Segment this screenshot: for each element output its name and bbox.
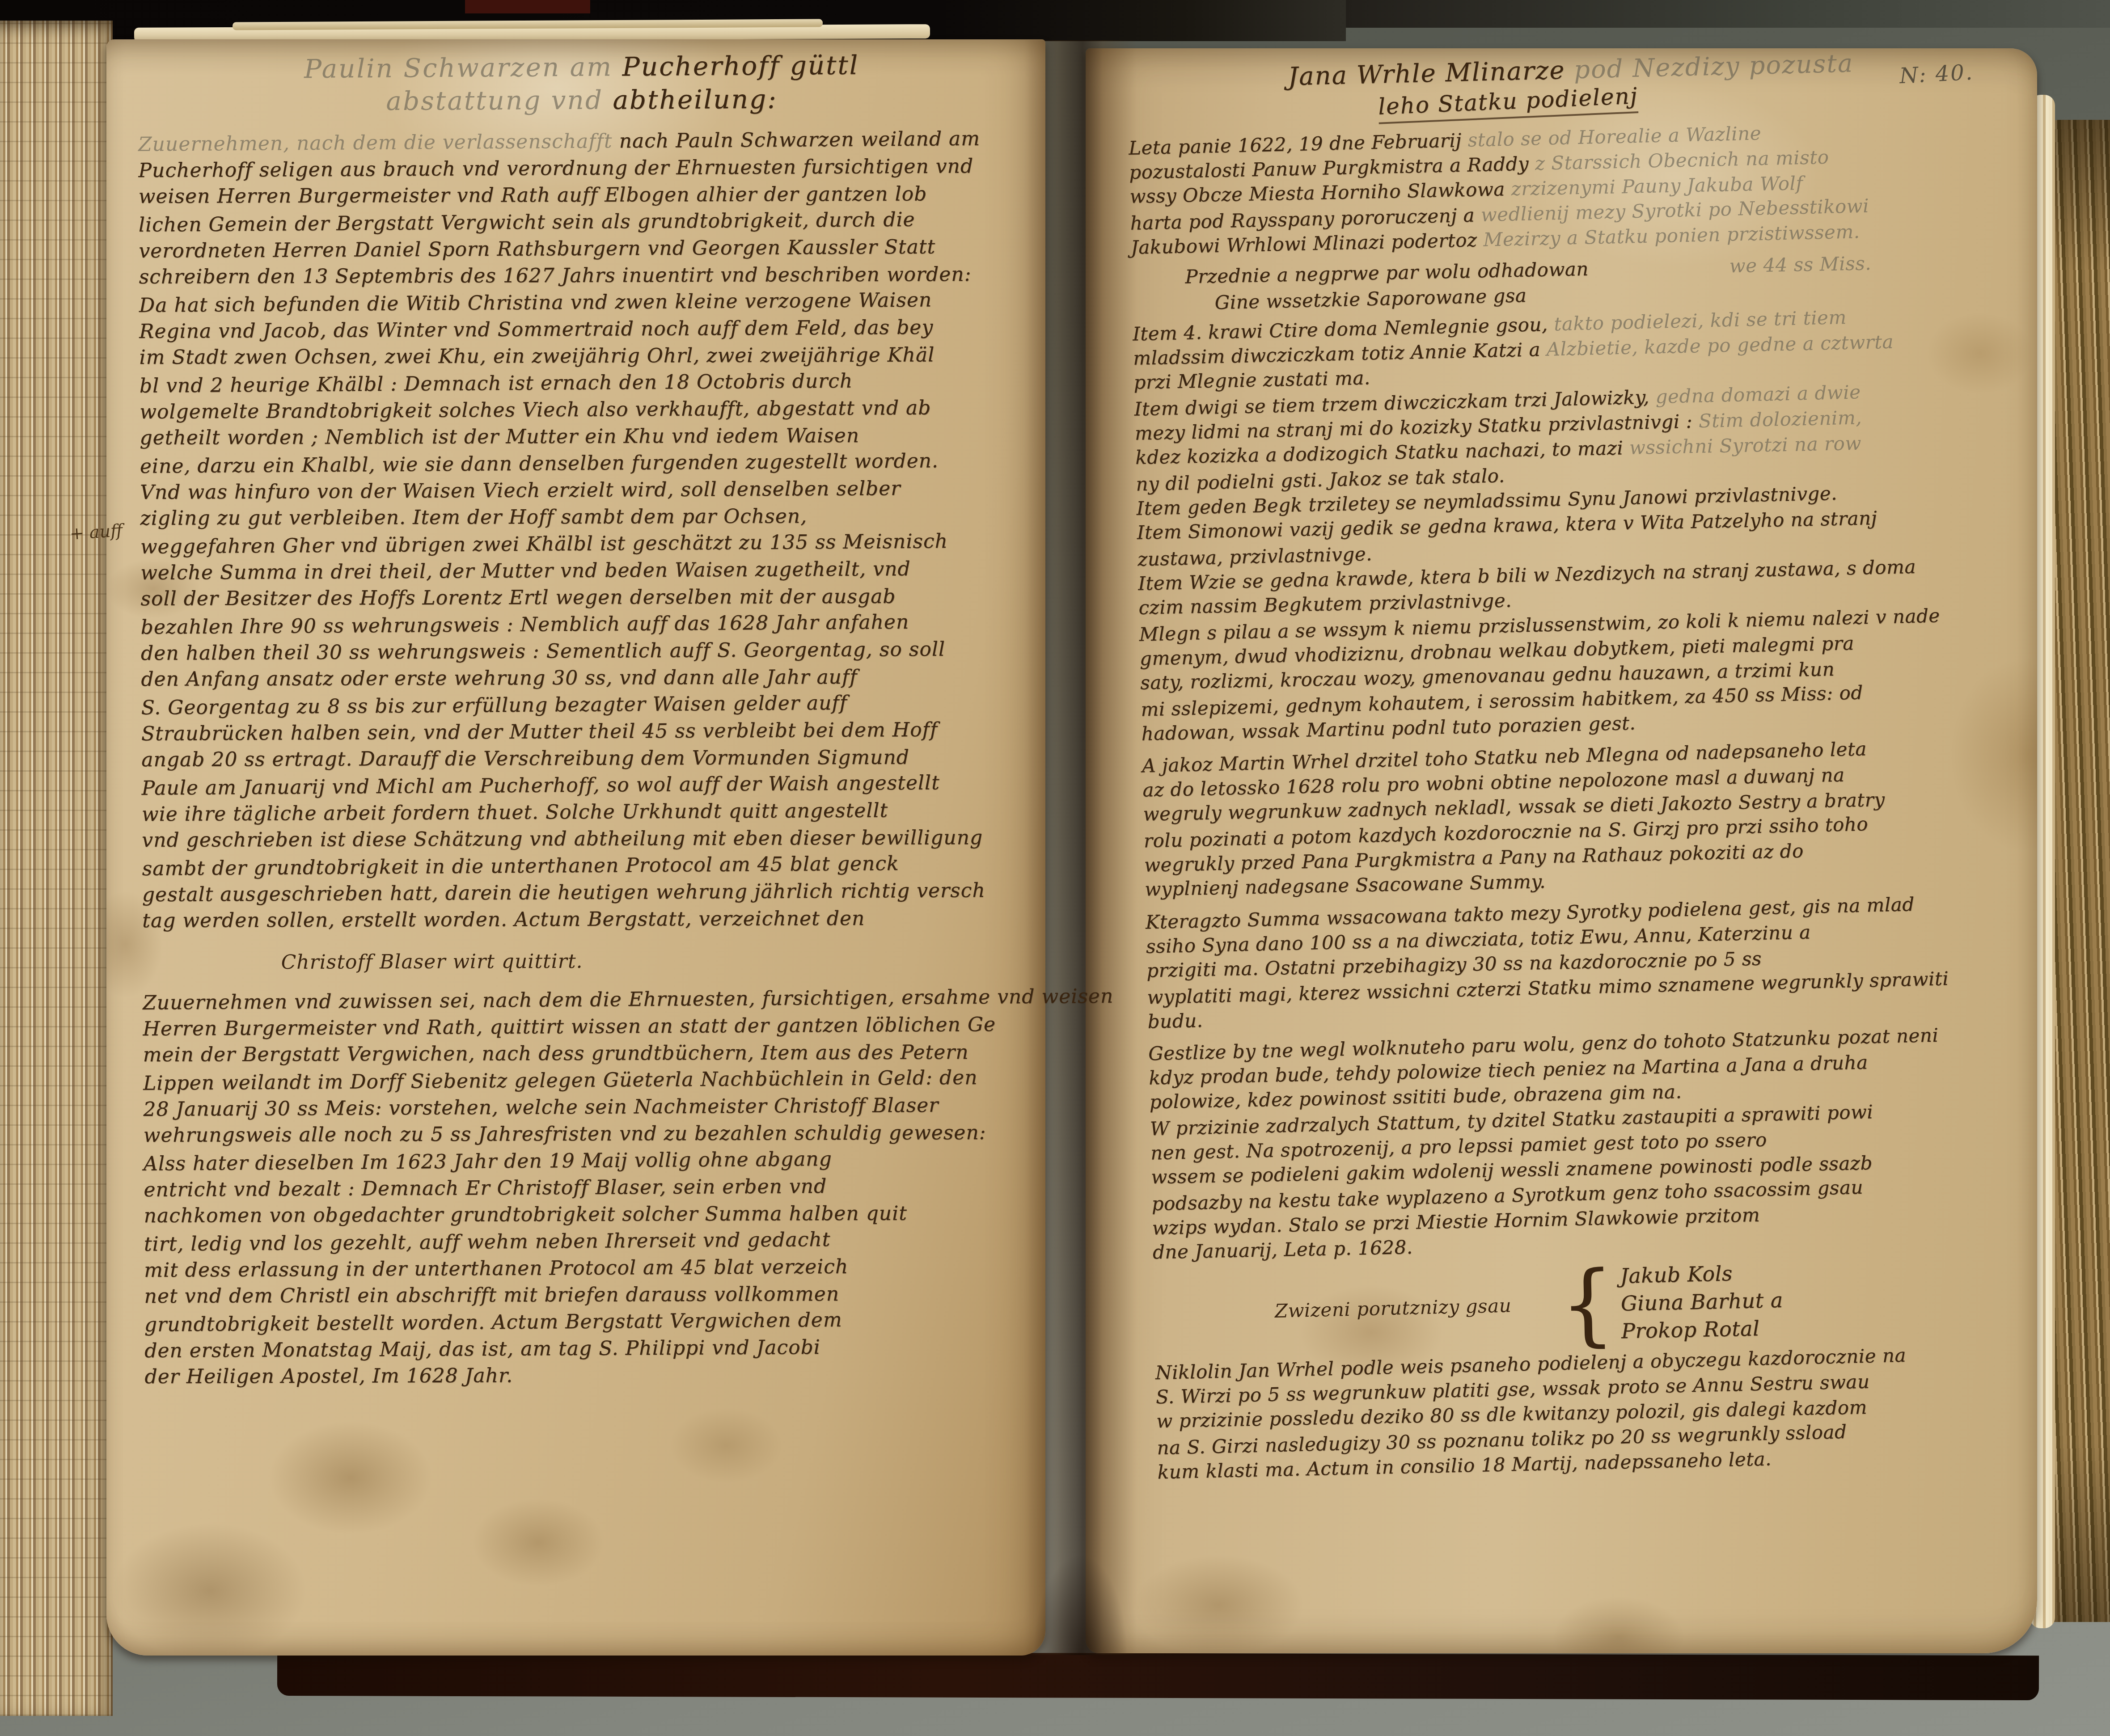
right-page-text: Jana Wrhle Mlinarze pod Nezdizy pozustal… [1127,46,2045,1491]
manuscript-line: den Anfang ansatz oder erste wehrung 30 … [141,663,1028,693]
book-cover-bottom-edge [277,1651,2039,1700]
manuscript-line: welche Summa in drei theil, der Mutter v… [140,555,1028,587]
manuscript-line: nachkomen von obgedachter grundtobrigkei… [144,1200,1032,1229]
manuscript-line: verordneten Herren Daniel Sporn Rathsbur… [139,233,1026,265]
manuscript-line: Herren Burgermeister vnd Rath, quittirt … [143,1011,1030,1043]
manuscript-line: gestalt ausgeschrieben hatt, darein die … [142,877,1030,908]
right-page-items: Item 4. krawi Ctire doma Nemlegnie gsou,… [1132,302,2029,747]
right-page-final-paragraph: Niklolin Jan Wrhel podle weis psaneho po… [1155,1340,2045,1485]
manuscript-line: den halben theil 30 ss wehrungsweis : Se… [141,636,1028,667]
manuscript-line: Regina vnd Jacob, das Winter vnd Sommert… [139,314,1027,345]
manuscript-line: tag werden sollen, erstellt worden. Actu… [142,905,1030,934]
executors-label: Zwizeni porutznizy gsau [1274,1293,1512,1323]
manuscript-line: entricht vnd bezalt : Demnach Er Christo… [144,1172,1031,1204]
left-page-paragraph-2: Zuuernehmen vnd zuwissen sei, nach dem d… [143,984,1032,1391]
right-page-martin-paragraph: A jakoz Martin Wrhel drzitel toho Statku… [1142,733,2033,903]
manuscript-line: soll der Besitzer des Hoffs Lorentz Ertl… [140,583,1028,612]
manuscript-line: abstattung vnd abtheilung: [138,81,1025,119]
manuscript-line: Paulin Schwarzen am Pucherhoff güttl [138,47,1025,87]
manuscript-line: Prokop Rotal [1621,1314,1784,1345]
manuscript-line: wehrungsweis alle noch zu 5 ss Jahresfri… [144,1119,1031,1149]
manuscript-line: den ersten Monatstag Maij, das ist, am t… [144,1333,1032,1364]
manuscript-line: weisen Herren Burgermeister vnd Rath auf… [139,181,1026,210]
manuscript-line: Straubrücken halben sein, vnd der Mutter… [141,716,1029,748]
book-cover-top-edge-right [1346,0,2110,28]
page-number: N: 40. [1899,60,1975,89]
manuscript-line: vnd geschrieben ist diese Schätzung vnd … [142,824,1029,854]
manuscript-line: der Heiligen Apostel, Im 1628 Jahr. [144,1361,1032,1390]
right-page-intro: Leta panie 1622, 19 dne Februarij stalo … [1128,116,2018,260]
manuscript-line: Jakub Kols [1620,1258,1783,1290]
right-page-summa-paragraph: Kteragzto Summa wssacowana takto mezy Sy… [1145,890,2035,1034]
left-page-subheading: Christoff Blaser wirt quittirt. [143,947,1030,976]
manuscript-line: getheilt worden ; Nemblich ist der Mutte… [140,422,1027,452]
manuscript-line: net vnd dem Christl ein abschrifft mit b… [144,1280,1032,1310]
valuation-amount: we 44 ss Miss. [1729,251,1871,279]
left-page-heading: Paulin Schwarzen am Pucherhoff güttlabst… [138,48,1026,119]
manuscript-line: wolgemelte Brandtobrigkeit solches Viech… [140,394,1027,426]
executors-block: Zwizeni porutznizy gsau { Jakub KolsGiun… [1153,1253,2042,1355]
manuscript-line: zigling zu gut verbleiben. Item der Hoff… [140,503,1028,532]
manuscript-line: angab 20 ss ertragt. Darauff die Verschr… [141,744,1029,773]
left-page-text: Paulin Schwarzen am Pucherhoff güttlabst… [138,48,1032,1398]
margin-note: + auff [69,520,123,544]
manuscript-line: wie ihre tägliche arbeit fordern thuet. … [142,797,1029,828]
executors-names: Jakub KolsGiuna Barhut aProkop Rotal [1620,1259,1784,1345]
left-page-paragraph-1: Zuuernehmen, nach dem die verlassenschaf… [138,126,1030,935]
manuscript-line: mit dess erlassung in der unterthanen Pr… [144,1253,1032,1284]
manuscript-line: schreibern den 13 Septembris des 1627 Ja… [139,261,1027,291]
bracket-glyph: { [1560,1264,1615,1345]
manuscript-line: 28 Januarij 30 ss Meis: vorstehen, welch… [143,1092,1031,1123]
book-spine-patch [465,0,590,13]
manuscript-line: Pucherhoff seligen aus brauch vnd verord… [138,153,1026,184]
manuscript-photo: Paulin Schwarzen am Pucherhoff güttlabst… [0,0,2110,1736]
manuscript-line: im Stadt zwen Ochsen, zwei Khu, ein zwei… [139,342,1027,371]
manuscript-line: Giuna Barhut a [1620,1286,1783,1318]
left-page-stack-foredge [0,21,113,1716]
manuscript-line: Vnd was hinfuro von der Waisen Viech erz… [140,475,1028,506]
right-page-closing-paragraph: Gestlize by tne wegl wolknuteho paru wol… [1148,1021,2041,1266]
manuscript-line: mein der Bergstatt Vergwichen, nach dess… [143,1039,1031,1069]
